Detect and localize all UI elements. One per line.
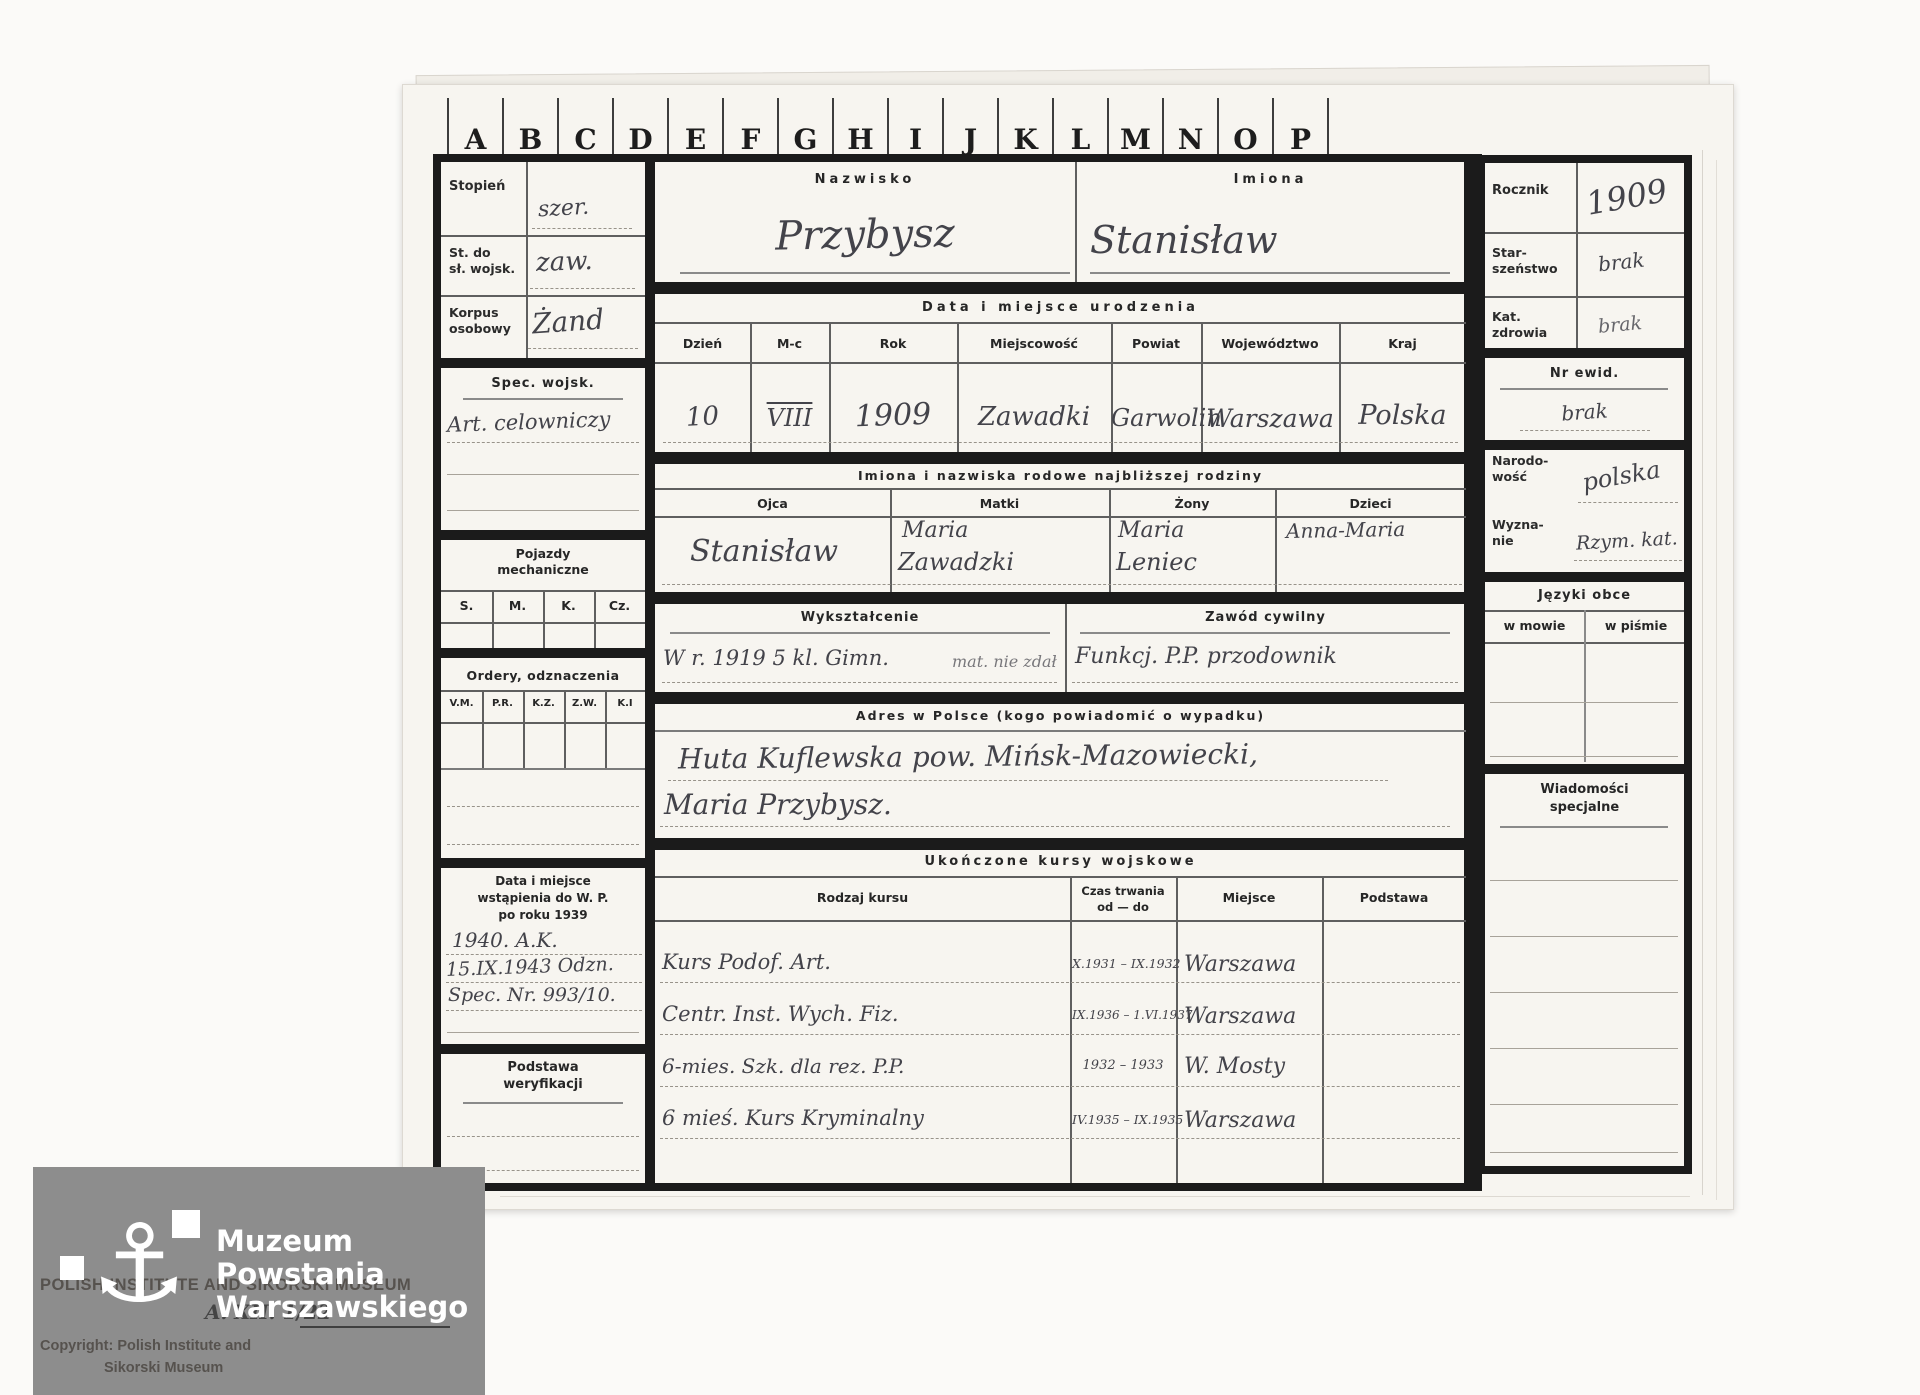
surname-label: Nazwisko [655,172,1075,187]
baseline [1574,560,1682,561]
baseline [1090,272,1450,274]
courses-col-header: Podstawa [1322,890,1466,905]
left-column-divider [645,162,655,1183]
course-place: Warszawa [1184,1108,1296,1133]
birth-district-value: Garwolin [1111,404,1201,432]
occupation-label: Zawód cywilny [1065,610,1466,625]
course-kind: Kurs Podof. Art. [662,950,831,974]
section-divider [441,648,645,658]
grid-line [1275,488,1277,592]
ruled-line [447,510,639,511]
underline [463,1102,623,1104]
religion-label: Wyzna- [1492,518,1544,532]
alphabet-tab: P [1274,98,1329,158]
grid-line [441,690,645,692]
birth-col-header: Województwo [1201,336,1339,351]
course-place: Warszawa [1184,1004,1296,1029]
wife-name-value: Maria [1118,518,1184,543]
logo-square [60,1256,84,1280]
course-kind: 6-mies. Szk. dla rez. P.P. [662,1054,904,1078]
alphabet-tab: H [834,98,889,158]
seniority-label: Star- [1492,246,1527,260]
birth-col-header: Rok [829,336,957,351]
alphabet-tab: I [889,98,944,158]
enlistment-label: po roku 1939 [441,908,645,922]
enlistment-label: Data i miejsce [441,874,645,888]
birth-col-header: Powiat [1111,336,1201,351]
grid-line [957,322,959,452]
baseline [530,288,635,289]
row-divider [441,235,645,237]
vehicles-col: S. [441,598,492,613]
vehicles-col: K. [543,598,594,613]
grid-line [441,622,645,624]
address-line: Maria Przybysz. [664,788,892,821]
education-note: mat. nie zdał [952,652,1057,671]
section-divider [1485,440,1684,450]
birth-voivodeship-value: Warszawa [1201,404,1339,433]
ruled-line [447,844,639,845]
personnel-corps-value: Żand [531,303,605,341]
birth-month-value: VIII [750,404,829,432]
education-value: W r. 1919 5 kl. Gimn. [663,646,889,670]
grid-line [1075,162,1077,282]
frame-connector [1464,154,1482,1191]
grid-line [1065,604,1067,692]
section-divider [1485,348,1684,358]
family-col-header: Ojca [655,496,890,511]
alphabet-tab: K [999,98,1054,158]
service-relation-value: zaw. [535,246,593,278]
birth-day-value: 10 [654,400,750,435]
baseline [532,228,632,229]
underline [463,398,623,400]
birth-country-value: Polska [1339,400,1466,431]
alphabet-tab: G [779,98,834,158]
ruled-line [1490,936,1678,937]
father-name-value: Stanisław [690,534,838,569]
section-divider [1485,764,1684,774]
baseline [662,682,1057,683]
grid-line [1070,876,1072,1183]
grid-line [1584,610,1586,762]
foreign-languages-label: Języki obce [1485,588,1684,603]
course-kind: Centr. Inst. Wych. Fiz. [662,1002,899,1026]
row-divider [441,295,645,297]
decorations-col: Z.W. [564,698,605,709]
course-duration: X.1931 – IX.1932 [1072,956,1174,971]
grid-line [1576,163,1578,348]
languages-col-header: w mowie [1485,618,1584,633]
grid-line [750,322,752,452]
special-info-label: Wiadomości [1485,782,1684,797]
decorations-col: P.R. [482,698,523,709]
baseline [660,1086,1460,1087]
address-section-title: Adres w Polsce (kogo powiadomić o wypadk… [655,708,1466,723]
sheet-edge [500,1196,1690,1197]
given-names-label: Imiona [1075,172,1466,187]
baseline [660,826,1450,827]
verification-label: weryfikacji [441,1077,645,1092]
education-label: Wykształcenie [655,610,1065,625]
vehicles-col: M. [492,598,543,613]
vehicles-label: Pojazdy [441,546,645,561]
address-line: Huta Kuflewska pow. Mińsk-Mazowiecki, [678,737,1258,775]
copyright-text: Copyright: Polish Institute and [40,1338,251,1354]
courses-col-header: Rodzaj kursu [655,890,1070,905]
grid-line [1485,232,1684,234]
service-relation-label: St. do [449,246,491,260]
family-col-header: Dzieci [1275,496,1466,511]
grid-line [1339,322,1341,452]
military-specialty-label: Spec. wojsk. [441,376,645,391]
grid-line [1109,488,1111,592]
grid-line [655,876,1466,878]
ruled-line [447,806,639,807]
enlistment-label: wstąpienia do W. P. [441,891,645,905]
courses-col-header: Miejsce [1176,890,1322,905]
baseline [660,1034,1460,1035]
alphabet-tab-row: A B C D E F G H I J K L M N O P [447,98,1329,158]
baseline [668,780,1388,781]
grid-line [1176,876,1178,1183]
sheet-edge [1716,160,1717,1200]
section-divider [441,530,645,540]
grid-line [655,362,1466,364]
birth-col-header: Dzień [655,336,750,351]
ruled-line [1490,1104,1678,1105]
alphabet-tab: F [724,98,779,158]
rank-label: Stopień [449,180,505,194]
section-divider [655,282,1466,294]
rank-value: szer. [537,195,589,223]
seniority-label: szeństwo [1492,262,1558,276]
course-place: Warszawa [1184,952,1296,977]
baseline [660,982,1460,983]
museum-name: Warszawskiego [216,1292,468,1324]
logo-square [172,1210,200,1238]
grid-line [890,488,892,592]
section-divider [655,592,1466,604]
grid-line [441,768,645,770]
nationality-label: Narodo- [1492,454,1548,468]
ruled-line [1490,1048,1678,1049]
museum-name: Muzeum [216,1226,353,1258]
baseline [680,272,1070,274]
alphabet-tab: J [944,98,999,158]
vehicles-label: mechaniczne [441,562,645,577]
baseline [1072,682,1458,683]
year-class-label: Rocznik [1492,184,1549,198]
personnel-corps-label: osobowy [449,322,511,336]
decorations-col: K.I [605,698,645,709]
grid-line [441,722,645,724]
underline [1500,826,1668,828]
grid-line [1111,322,1113,452]
underline [670,632,1050,634]
ruled-line [447,474,639,475]
languages-col-header: w piśmie [1588,618,1684,633]
enlistment-entry: 1940. A.K. [452,928,558,952]
birth-year-value: 1909 [828,396,957,435]
baseline [662,584,1462,585]
birth-col-header: M-c [750,336,829,351]
baseline [446,1010,642,1011]
museum-name: Powstania [216,1259,385,1291]
baseline [447,442,639,443]
section-divider [441,358,645,368]
wife-name-value: Leniec [1116,548,1197,576]
grid-line [655,322,1466,324]
course-duration: IV.1935 – IX.1935 [1072,1112,1174,1127]
copyright-text: Sikorski Museum [104,1360,223,1376]
alphabet-tab: D [614,98,669,158]
mother-name-value: Zawadzki [898,548,1014,576]
alphabet-tab: E [669,98,724,158]
underline [1080,632,1450,634]
grid-line [1485,296,1684,298]
course-duration: IX.1936 – 1.VI.1937 [1072,1008,1174,1022]
alphabet-tab: M [1109,98,1164,158]
baseline [663,442,1458,443]
stamp-underline [300,1326,450,1328]
ruled-line [1490,880,1678,881]
baseline [1520,430,1650,431]
course-kind: 6 mieś. Kurs Kryminalny [662,1106,924,1130]
baseline [660,1138,1460,1139]
section-divider [441,1044,645,1054]
course-duration: 1932 – 1933 [1072,1058,1174,1073]
health-category-value: brak [1597,312,1643,338]
family-col-header: Żony [1109,496,1275,511]
grid-line [1322,876,1324,1183]
record-number-label: Nr ewid. [1485,366,1684,381]
ruled-line [1490,756,1678,757]
occupation-value: Funkcj. P.P. przodownik [1075,644,1337,669]
section-divider [1485,572,1684,582]
vehicles-col: Cz. [594,598,645,613]
special-info-label: specjalne [1485,800,1684,815]
surname-value: Przybysz [655,208,1076,261]
verification-label: Podstawa [441,1060,645,1075]
ruled-line [1490,992,1678,993]
decorations-col: V.M. [441,698,482,709]
baseline [446,982,642,983]
family-section-title: Imiona i nazwiska rodowe najbliższej rod… [655,468,1466,483]
section-divider [655,838,1466,850]
children-names-value: Anna-Maria [1286,517,1406,543]
mother-name-value: Maria [902,518,968,543]
enlistment-entry: Spec. Nr. 993/10. [448,984,616,1006]
alphabet-tab: N [1164,98,1219,158]
ruled-line [1490,1152,1678,1153]
personnel-corps-label: Korpus [449,306,499,320]
ruled-line [1490,702,1678,703]
family-col-header: Matki [890,496,1109,511]
health-category-label: zdrowia [1492,326,1547,340]
courses-section-title: Ukończone kursy wojskowe [655,854,1466,869]
section-divider [441,858,645,868]
birth-col-header: Kraj [1339,336,1466,351]
alphabet-tab: C [559,98,614,158]
seniority-value: brak [1597,248,1646,277]
health-category-label: Kat. [1492,310,1521,324]
alphabet-tab: O [1219,98,1274,158]
given-names-value: Stanisław [1090,218,1278,262]
section-divider [655,692,1466,704]
decorations-label: Ordery, odznaczenia [441,668,645,683]
alphabet-tab: A [449,98,504,158]
religion-label: nie [1492,534,1514,548]
nationality-label: wość [1492,470,1527,484]
grid-line [655,730,1466,732]
course-place: W. Mosty [1184,1054,1285,1079]
left-label-divider [526,162,528,358]
birth-col-header: Miejscowość [957,336,1111,351]
decorations-col: K.Z. [523,698,564,709]
grid-line [655,488,1466,490]
ruled-line [447,1136,639,1137]
scanned-military-record-card: A B C D E F G H I J K L M N O P Stopień … [0,0,1920,1395]
sheet-edge [1702,150,1703,1195]
alphabet-tab: B [504,98,559,158]
courses-col-header: Czas trwania [1070,884,1176,898]
service-relation-label: sł. wojsk. [449,262,515,276]
alphabet-tab: L [1054,98,1109,158]
birth-section-title: Data i miejsce urodzenia [655,300,1466,315]
courses-col-header: od — do [1070,900,1176,914]
section-divider [655,452,1466,464]
grid-line [655,920,1466,922]
baseline [1578,502,1678,503]
ruled-line [447,1032,639,1033]
birth-place-value: Zawadki [957,402,1111,432]
underline [1500,388,1668,390]
baseline [528,348,638,349]
